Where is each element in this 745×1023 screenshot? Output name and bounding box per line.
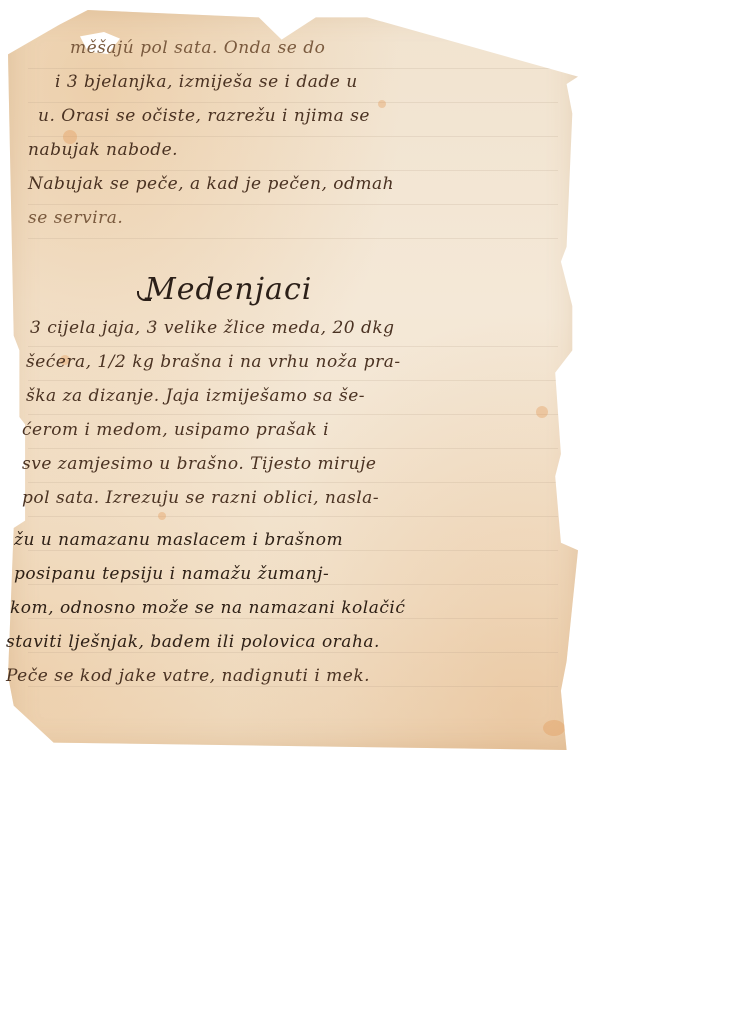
text-line: šećera, 1/2 kg brašna i na vrhu noža pra… bbox=[26, 352, 401, 372]
ruled-line bbox=[28, 652, 558, 653]
text-line: Peče se kod jake vatre, nadignuti i mek. bbox=[6, 666, 370, 686]
ruled-line bbox=[28, 204, 558, 205]
stain bbox=[158, 512, 166, 520]
text-line: i 3 bjelanjka, izmiješa se i dade u bbox=[55, 72, 358, 92]
text-line: sve zamjesimo u brašno. Tijesto miruje bbox=[22, 454, 376, 474]
text-line: pol sata. Izrezuju se razni oblici, nasl… bbox=[22, 488, 379, 508]
text-line: 3 cijela jaja, 3 velike žlice meda, 20 d… bbox=[30, 318, 395, 338]
ruled-line bbox=[28, 170, 558, 171]
ruled-line bbox=[28, 68, 558, 69]
text-line: ška za dizanje. Jaja izmiješamo sa še- bbox=[26, 386, 365, 406]
ruled-line bbox=[28, 346, 558, 347]
text-line: posipanu tepsiju i namažu žumanj- bbox=[14, 564, 329, 584]
stain bbox=[536, 406, 548, 418]
ruled-line bbox=[28, 380, 558, 381]
ruled-line bbox=[28, 618, 558, 619]
text-line: staviti lješnjak, badem ili polovica ora… bbox=[6, 632, 380, 652]
ruled-line bbox=[28, 584, 558, 585]
ruled-line bbox=[28, 448, 558, 449]
stain bbox=[543, 720, 565, 736]
ruled-line bbox=[28, 238, 558, 239]
recipe-title: Medenjaci bbox=[145, 272, 312, 307]
ruled-line bbox=[28, 482, 558, 483]
scan-background: měšajú pol sata. Onda se do i 3 bjelanjk… bbox=[0, 0, 745, 1023]
text-line: se servira. bbox=[28, 208, 123, 228]
text-line: žu u namazanu maslacem i brašnom bbox=[14, 530, 343, 550]
ruled-line bbox=[28, 686, 558, 687]
text-line: ćerom i medom, usipamo prašak i bbox=[22, 420, 329, 440]
ruled-line bbox=[28, 414, 558, 415]
stain bbox=[378, 100, 386, 108]
ruled-line bbox=[28, 136, 558, 137]
ruled-line bbox=[28, 516, 558, 517]
ruled-line bbox=[28, 550, 558, 551]
text-line: u. Orasi se očiste, razrežu i njima se bbox=[38, 106, 370, 126]
text-line: nabujak nabode. bbox=[28, 140, 178, 160]
text-line: Nabujak se peče, a kad je pečen, odmah bbox=[28, 174, 394, 194]
text-line: měšajú pol sata. Onda se do bbox=[70, 38, 325, 58]
text-line: kom, odnosno može se na namazani kolačić bbox=[10, 598, 405, 618]
ruled-line bbox=[28, 102, 558, 103]
